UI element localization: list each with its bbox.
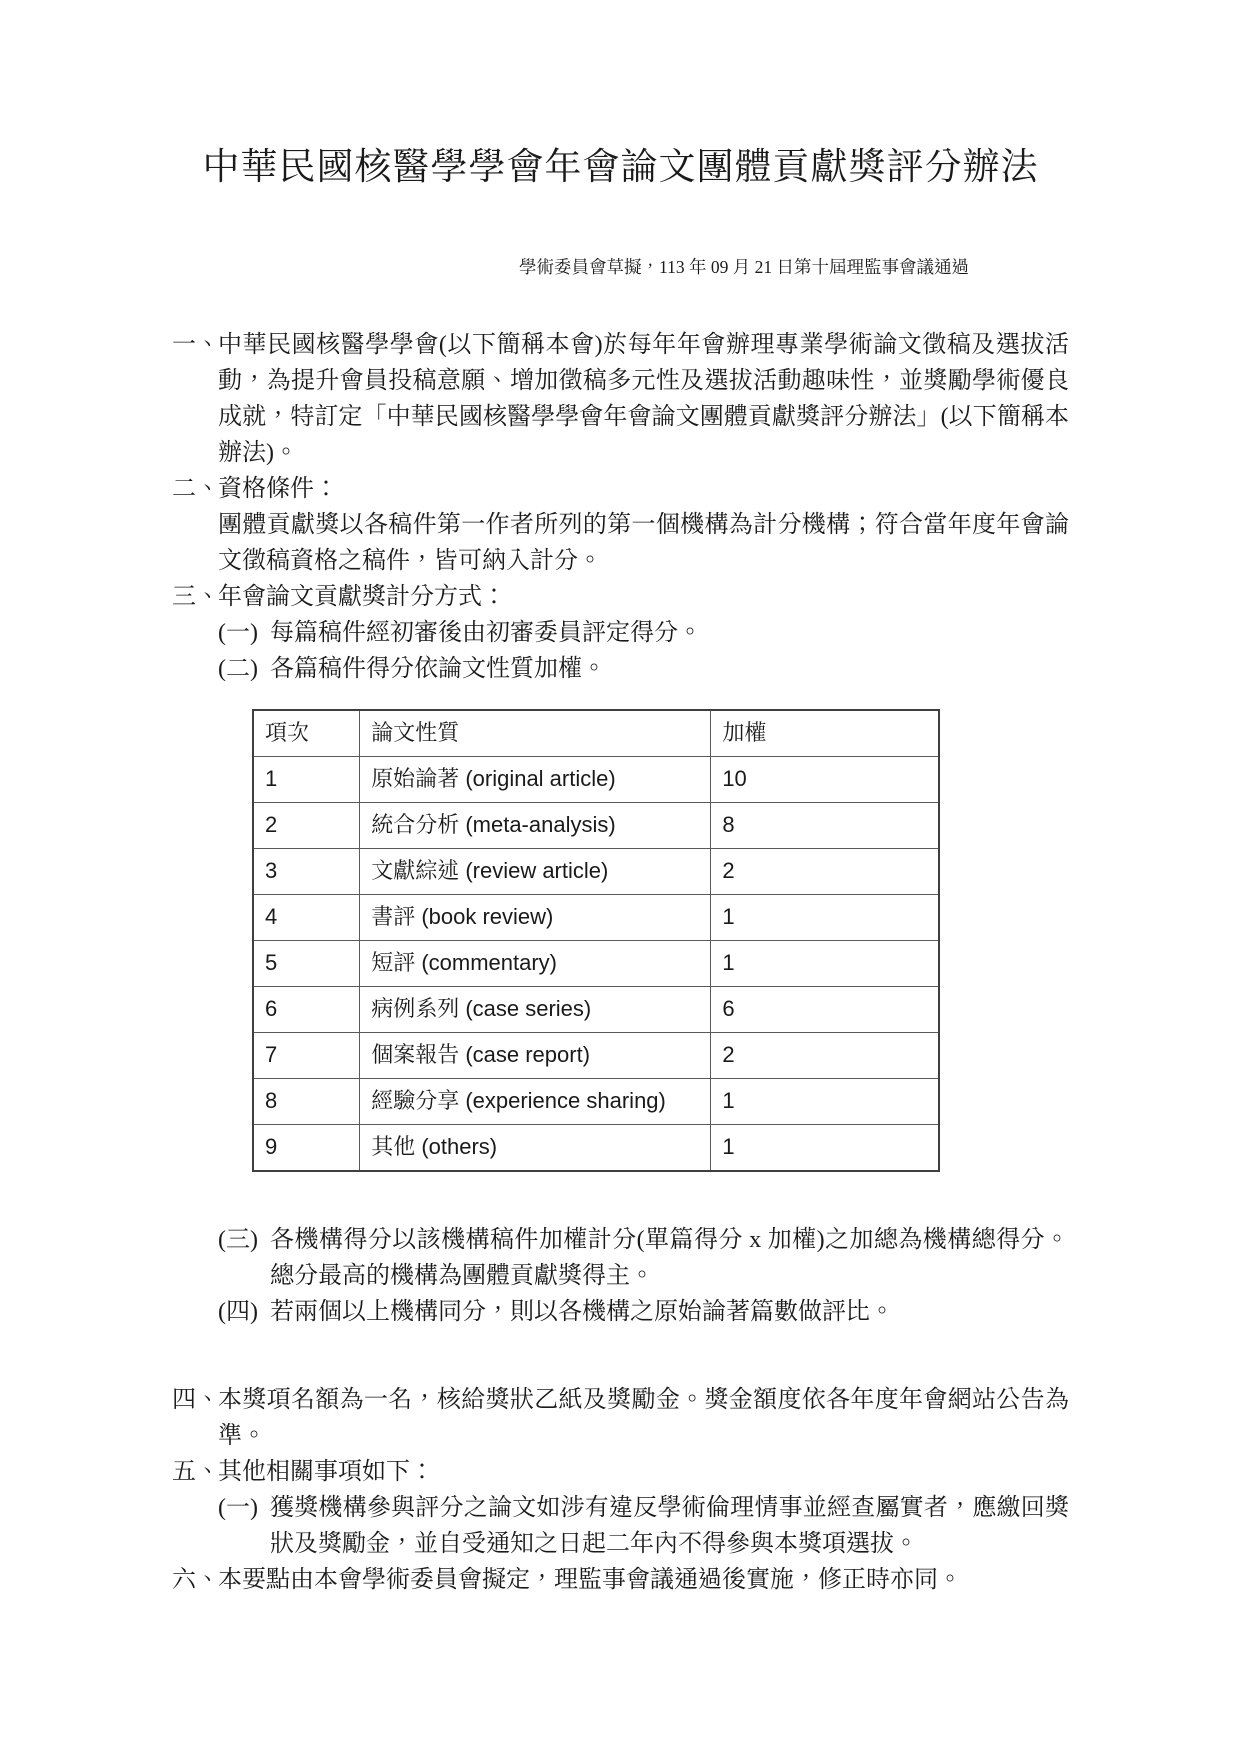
clause-3-sub-4: (四) 若兩個以上機構同分，則以各機構之原始論著篇數做評比。 [218, 1294, 1069, 1330]
cell-paper-type: 個案報告 (case report) [360, 1033, 711, 1079]
table-row: 2 統合分析 (meta-analysis) 8 [253, 803, 939, 849]
table-row: 7 個案報告 (case report) 2 [253, 1033, 939, 1079]
cell-paper-type: 原始論著 (original article) [360, 757, 711, 803]
cell-index: 1 [253, 757, 360, 803]
clause-marker: (一) [218, 615, 270, 651]
byline: 學術委員會草擬，113 年 09 月 21 日第十屆理監事會議通過 [172, 254, 1069, 279]
clause-5: 五、 其他相關事項如下： [172, 1454, 1069, 1490]
clause-marker: 一、 [172, 327, 218, 363]
clause-text: 若兩個以上機構同分，則以各機構之原始論著篇數做評比。 [270, 1294, 1069, 1330]
table-row: 4 書評 (book review) 1 [253, 895, 939, 941]
clause-marker: 二、 [172, 471, 218, 507]
table-row: 1 原始論著 (original article) 10 [253, 757, 939, 803]
cell-index: 6 [253, 987, 360, 1033]
clause-2: 二、 資格條件： [172, 471, 1069, 507]
table-row: 6 病例系列 (case series) 6 [253, 987, 939, 1033]
clause-text: 本要點由本會學術委員會擬定，理監事會議通過後實施，修正時亦同。 [218, 1562, 1069, 1598]
table-row: 5 短評 (commentary) 1 [253, 941, 939, 987]
clause-text: 中華民國核醫學學會(以下簡稱本會)於每年年會辦理專業學術論文徵稿及選拔活動，為提… [218, 327, 1069, 471]
cell-paper-type: 經驗分享 (experience sharing) [360, 1079, 711, 1125]
clause-4: 四、 本獎項名額為一名，核給獎狀乙紙及獎勵金。獎金額度依各年度年會網站公告為準。 [172, 1382, 1069, 1454]
clause-marker: (三) [218, 1222, 270, 1258]
document-body: 一、 中華民國核醫學學會(以下簡稱本會)於每年年會辦理專業學術論文徵稿及選拔活動… [172, 327, 1069, 1598]
table-row: 8 經驗分享 (experience sharing) 1 [253, 1079, 939, 1125]
cell-weight: 10 [711, 757, 939, 803]
cell-weight: 1 [711, 941, 939, 987]
document-page: 中華民國核醫學學會年會論文團體貢獻獎評分辦法 學術委員會草擬，113 年 09 … [0, 0, 1241, 1755]
clause-marker: (一) [218, 1490, 270, 1526]
cell-weight: 1 [711, 895, 939, 941]
clause-marker: 四、 [172, 1382, 218, 1418]
cell-paper-type: 文獻綜述 (review article) [360, 849, 711, 895]
clause-3-sub-2: (二) 各篇稿件得分依論文性質加權。 [218, 651, 1069, 687]
clause-text: 年會論文貢獻獎計分方式： [218, 579, 1069, 615]
col-header-index: 項次 [253, 710, 360, 757]
clause-text: 各機構得分以該機構稿件加權計分(單篇得分 x 加權)之加總為機構總得分。總分最高… [270, 1222, 1069, 1294]
cell-weight: 2 [711, 1033, 939, 1079]
clause-text: 獲獎機構參與評分之論文如涉有違反學術倫理情事並經查屬實者，應繳回獎狀及獎勵金，並… [270, 1490, 1069, 1562]
cell-index: 2 [253, 803, 360, 849]
cell-weight: 1 [711, 1079, 939, 1125]
cell-index: 5 [253, 941, 360, 987]
cell-paper-type: 短評 (commentary) [360, 941, 711, 987]
cell-index: 3 [253, 849, 360, 895]
clause-text: 本獎項名額為一名，核給獎狀乙紙及獎勵金。獎金額度依各年度年會網站公告為準。 [218, 1382, 1069, 1454]
cell-paper-type: 書評 (book review) [360, 895, 711, 941]
cell-index: 7 [253, 1033, 360, 1079]
clause-text: 其他相關事項如下： [218, 1454, 1069, 1490]
col-header-weight: 加權 [711, 710, 939, 757]
clause-2-body: 團體貢獻獎以各稿件第一作者所列的第一個機構為計分機構；符合當年度年會論文徵稿資格… [218, 507, 1069, 579]
cell-paper-type: 統合分析 (meta-analysis) [360, 803, 711, 849]
table-row: 9 其他 (others) 1 [253, 1125, 939, 1172]
table-header-row: 項次 論文性質 加權 [253, 710, 939, 757]
clause-marker: 六、 [172, 1562, 218, 1598]
clause-text: 資格條件： [218, 471, 1069, 507]
clause-6: 六、 本要點由本會學術委員會擬定，理監事會議通過後實施，修正時亦同。 [172, 1562, 1069, 1598]
clause-marker: (四) [218, 1294, 270, 1330]
cell-paper-type: 其他 (others) [360, 1125, 711, 1172]
document-title: 中華民國核醫學學會年會論文團體貢獻獎評分辦法 [172, 136, 1069, 190]
cell-paper-type: 病例系列 (case series) [360, 987, 711, 1033]
cell-weight: 8 [711, 803, 939, 849]
clause-text: 各篇稿件得分依論文性質加權。 [270, 651, 1069, 687]
clause-3-sub-1: (一) 每篇稿件經初審後由初審委員評定得分。 [218, 615, 1069, 651]
clause-text: 每篇稿件經初審後由初審委員評定得分。 [270, 615, 1069, 651]
table-row: 3 文獻綜述 (review article) 2 [253, 849, 939, 895]
clause-marker: (二) [218, 651, 270, 687]
clause-marker: 三、 [172, 579, 218, 615]
cell-index: 8 [253, 1079, 360, 1125]
clause-marker: 五、 [172, 1454, 218, 1490]
cell-index: 9 [253, 1125, 360, 1172]
clause-3: 三、 年會論文貢獻獎計分方式： [172, 579, 1069, 615]
col-header-paper-type: 論文性質 [360, 710, 711, 757]
clause-3-sub-3: (三) 各機構得分以該機構稿件加權計分(單篇得分 x 加權)之加總為機構總得分。… [218, 1222, 1069, 1294]
cell-weight: 1 [711, 1125, 939, 1172]
weight-table: 項次 論文性質 加權 1 原始論著 (original article) 10 … [252, 709, 940, 1172]
clause-1: 一、 中華民國核醫學學會(以下簡稱本會)於每年年會辦理專業學術論文徵稿及選拔活動… [172, 327, 1069, 471]
cell-weight: 6 [711, 987, 939, 1033]
cell-index: 4 [253, 895, 360, 941]
cell-weight: 2 [711, 849, 939, 895]
clause-5-sub-1: (一) 獲獎機構參與評分之論文如涉有違反學術倫理情事並經查屬實者，應繳回獎狀及獎… [218, 1490, 1069, 1562]
